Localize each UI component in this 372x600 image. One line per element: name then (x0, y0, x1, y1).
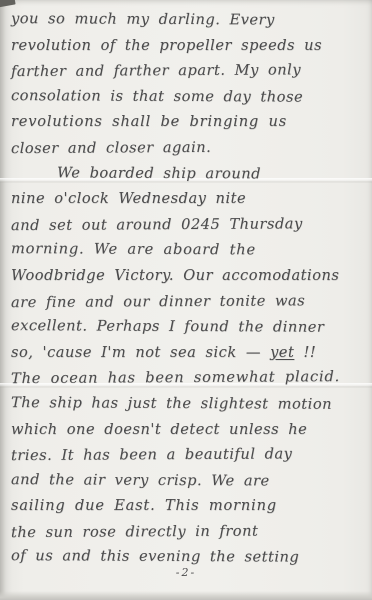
handwriting-line: revolution of the propeller speeds us (11, 33, 368, 59)
handwriting-line: sailing due East. This morning (11, 493, 368, 519)
handwriting-line: morning. We are aboard the (11, 236, 368, 263)
handwriting-line: We boarded ship around (11, 160, 368, 187)
handwriting-line: tries. It has been a beautiful day (11, 441, 368, 469)
handwriting-line: so, 'cause I'm not sea sick — yet !! (11, 340, 368, 366)
handwriting-line: and the air very crisp. We are (11, 467, 368, 494)
page-number: -2- (0, 566, 372, 579)
handwriting-line: and set out around 0245 Thursday (11, 211, 368, 239)
letter-page: you so much my darling. Every revolution… (0, 0, 372, 600)
handwriting-line: Woodbridge Victory. Our accomodations (11, 263, 368, 289)
handwritten-letter-body: you so much my darling. Every revolution… (11, 7, 368, 570)
handwriting-line: which one doesn't detect unless he (11, 417, 368, 443)
handwriting-line: farther and farther apart. My only (11, 57, 368, 85)
handwriting-line: you so much my darling. Every (11, 6, 368, 33)
underlined-word: yet (270, 344, 294, 361)
handwriting-segment: !! (294, 344, 316, 361)
handwriting-line: nine o'clock Wednesday nite (11, 186, 368, 212)
handwriting-line: excellent. Perhaps I found the dinner (11, 313, 368, 340)
handwriting-line: revolutions shall be bringing us (11, 109, 368, 135)
paper-bottom-edge (0, 591, 372, 600)
handwriting-segment: so, 'cause I'm not sea sick — (11, 344, 270, 361)
handwriting-line: are fine and our dinner tonite was (11, 287, 368, 315)
handwriting-line: closer and closer again. (11, 134, 368, 162)
handwriting-line: the sun rose directly in front (11, 518, 368, 546)
handwriting-line: The ship has just the slightest motion (11, 390, 368, 417)
handwriting-line: The ocean has been somewhat placid. (11, 364, 368, 392)
handwriting-line: consolation is that some day those (11, 83, 368, 110)
